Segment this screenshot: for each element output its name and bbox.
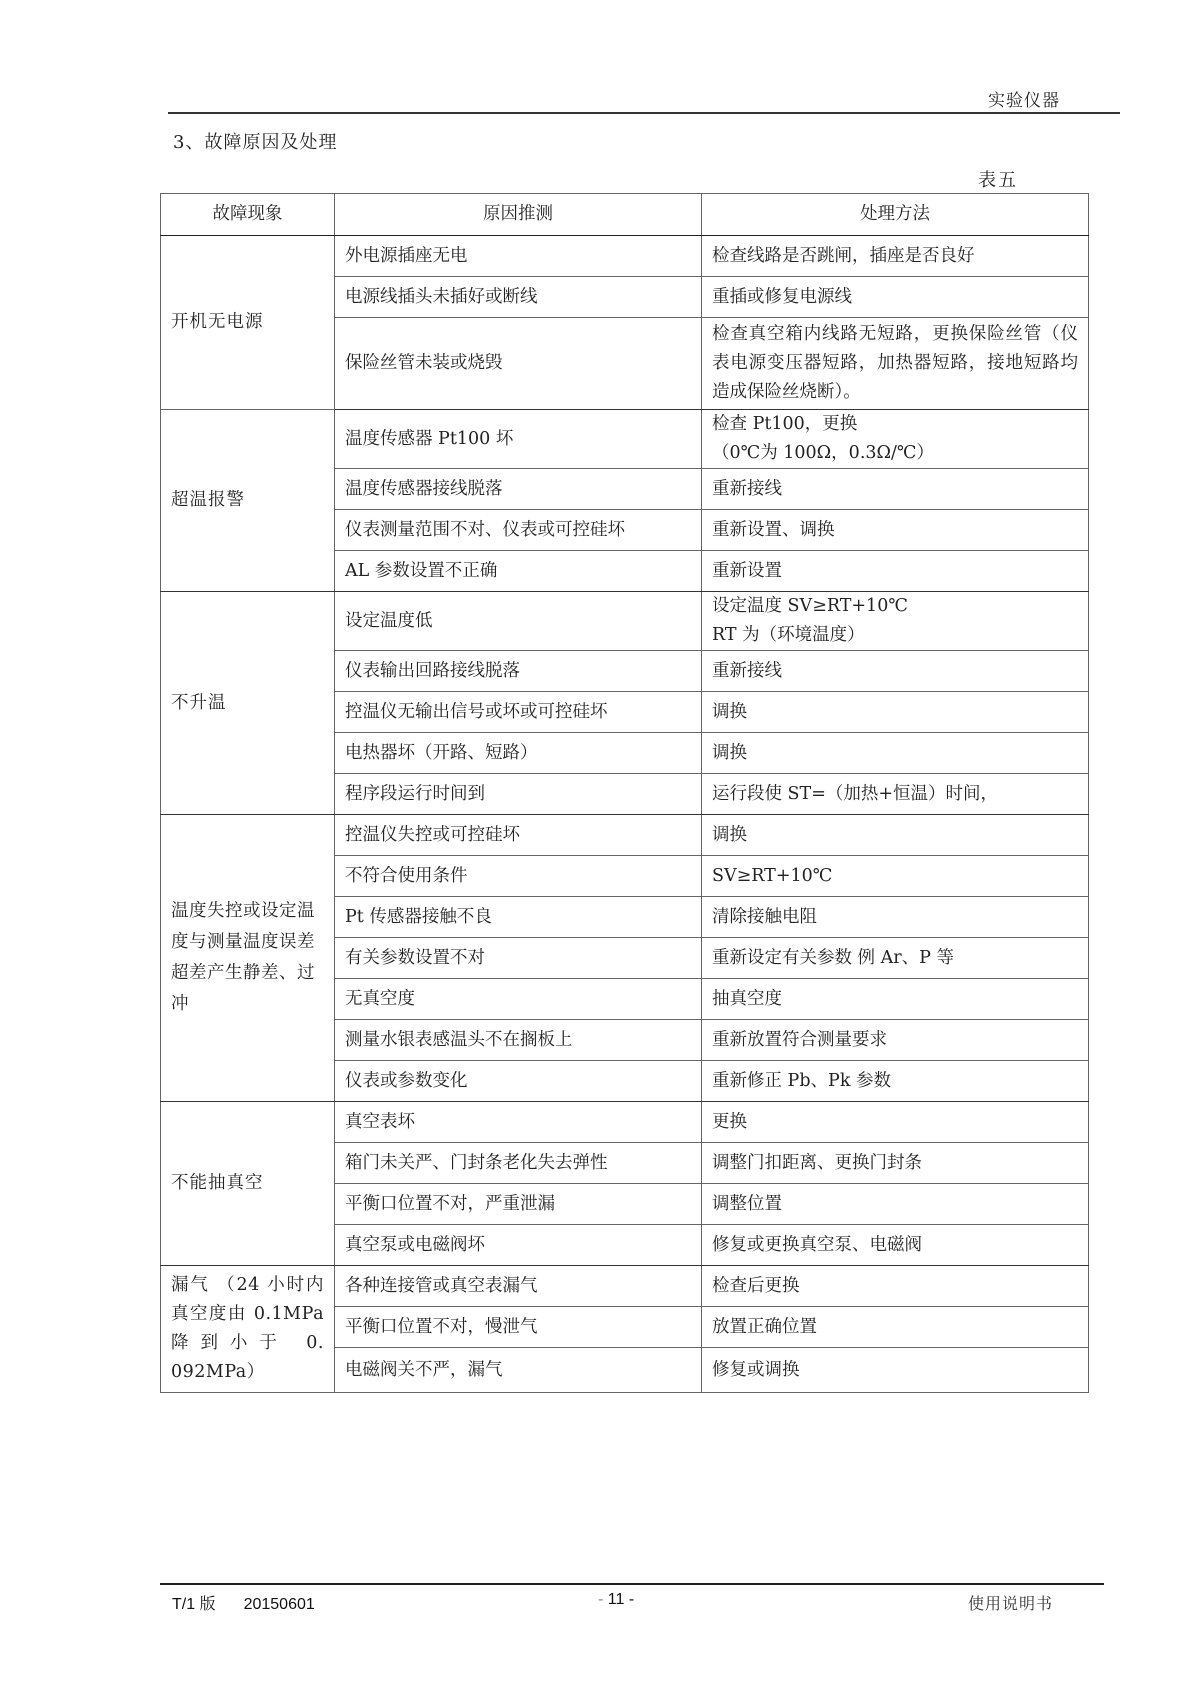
table-row: 超温报警 温度传感器 Pt100 坏 检查 Pt100，更换 （0℃为 100Ω…	[161, 410, 1089, 469]
footer-rule	[160, 1583, 1104, 1585]
cause-cell: 电热器坏（开路、短路）	[335, 733, 702, 774]
cause-cell: 设定温度低	[335, 592, 702, 651]
column-header-symptom: 故障现象	[161, 194, 335, 236]
cause-cell: 电源线插头未插好或断线	[335, 277, 702, 318]
symptom-cell: 开机无电源	[161, 236, 335, 410]
table-row: 不升温 设定温度低 设定温度 SV≥RT+10℃ RT 为（环境温度）	[161, 592, 1089, 651]
table-row: 不能抽真空 真空表坏 更换	[161, 1102, 1089, 1143]
column-header-solution: 处理方法	[702, 194, 1089, 236]
header-rule	[168, 112, 1120, 114]
solution-cell: 运行段使 ST=（加热+恒温）时间，	[702, 774, 1089, 815]
solution-cell: 重新设置	[702, 551, 1089, 592]
page-number: 11	[608, 1591, 625, 1608]
solution-cell: 重新修正 Pb、Pk 参数	[702, 1061, 1089, 1102]
solution-cell: 调换	[702, 815, 1089, 856]
solution-cell: 调整位置	[702, 1184, 1089, 1225]
solution-cell: 检查线路是否跳闸，插座是否良好	[702, 236, 1089, 277]
cause-cell: 仪表输出回路接线脱落	[335, 651, 702, 692]
solution-cell: 调换	[702, 692, 1089, 733]
solution-cell: 抽真空度	[702, 979, 1089, 1020]
cause-cell: 测量水银表感温头不在搁板上	[335, 1020, 702, 1061]
solution-cell: 检查真空箱内线路无短路，更换保险丝管（仪表电源变压器短路，加热器短路，接地短路均…	[702, 318, 1089, 410]
cause-cell: 温度传感器接线脱落	[335, 469, 702, 510]
cause-cell: 各种连接管或真空表漏气	[335, 1266, 702, 1307]
solution-line-1: 设定温度 SV≥RT+10℃	[712, 592, 1078, 621]
cause-cell: 不符合使用条件	[335, 856, 702, 897]
page-prefix: -	[598, 1591, 603, 1608]
footer-doc-type: 使用说明书	[968, 1591, 1053, 1614]
cause-cell: 平衡口位置不对，慢泄气	[335, 1307, 702, 1348]
cause-cell: 电磁阀关不严，漏气	[335, 1348, 702, 1393]
cause-cell: 仪表测量范围不对、仪表或可控硅坏	[335, 510, 702, 551]
solution-cell: 重新设定有关参数 例 Ar、P 等	[702, 938, 1089, 979]
cause-cell: 有关参数设置不对	[335, 938, 702, 979]
section-title: 3、故障原因及处理	[173, 128, 337, 154]
solution-cell: 修复或更换真空泵、电磁阀	[702, 1225, 1089, 1266]
solution-cell: 设定温度 SV≥RT+10℃ RT 为（环境温度）	[702, 592, 1089, 651]
solution-cell: 检查 Pt100，更换 （0℃为 100Ω，0.3Ω/℃）	[702, 410, 1089, 469]
cause-cell: AL 参数设置不正确	[335, 551, 702, 592]
solution-cell: 重插或修复电源线	[702, 277, 1089, 318]
cause-cell: 真空表坏	[335, 1102, 702, 1143]
solution-cell: 检查后更换	[702, 1266, 1089, 1307]
fault-table: 故障现象 原因推测 处理方法 开机无电源 外电源插座无电 检查线路是否跳闸，插座…	[160, 193, 1089, 1393]
footer-version: T/1 版	[172, 1596, 216, 1613]
solution-cell: 重新设置、调换	[702, 510, 1089, 551]
solution-cell: 重新接线	[702, 469, 1089, 510]
cause-cell: 控温仪失控或可控硅坏	[335, 815, 702, 856]
solution-line-1: 检查 Pt100，更换	[712, 410, 1078, 439]
cause-cell: 保险丝管未装或烧毁	[335, 318, 702, 410]
solution-line-2: RT 为（环境温度）	[712, 621, 1078, 650]
cause-cell: 温度传感器 Pt100 坏	[335, 410, 702, 469]
solution-cell: 重新放置符合测量要求	[702, 1020, 1089, 1061]
cause-cell: Pt 传感器接触不良	[335, 897, 702, 938]
table-header-row: 故障现象 原因推测 处理方法	[161, 194, 1089, 236]
symptom-cell: 超温报警	[161, 410, 335, 592]
column-header-cause: 原因推测	[335, 194, 702, 236]
page-suffix: -	[629, 1591, 634, 1608]
running-header-title: 实验仪器	[988, 86, 1060, 111]
footer-version-date: T/1 版20150601	[172, 1591, 315, 1614]
table-row: 漏气 （24 小时内真空度由 0.1MPa 降到小于 0. 092MPa） 各种…	[161, 1266, 1089, 1307]
solution-cell: 放置正确位置	[702, 1307, 1089, 1348]
symptom-cell: 漏气 （24 小时内真空度由 0.1MPa 降到小于 0. 092MPa）	[161, 1266, 335, 1393]
symptom-cell: 温度失控或设定温度与测量温度误差超差产生静差、过冲	[161, 815, 335, 1102]
solution-cell: 修复或调换	[702, 1348, 1089, 1393]
cause-cell: 无真空度	[335, 979, 702, 1020]
table-row: 开机无电源 外电源插座无电 检查线路是否跳闸，插座是否良好	[161, 236, 1089, 277]
solution-cell: 调换	[702, 733, 1089, 774]
solution-cell: 调整门扣距离、更换门封条	[702, 1143, 1089, 1184]
cause-cell: 程序段运行时间到	[335, 774, 702, 815]
cause-cell: 外电源插座无电	[335, 236, 702, 277]
cause-cell: 箱门未关严、门封条老化失去弹性	[335, 1143, 702, 1184]
cause-cell: 控温仪无输出信号或坏或可控硅坏	[335, 692, 702, 733]
solution-cell: 更换	[702, 1102, 1089, 1143]
symptom-cell: 不能抽真空	[161, 1102, 335, 1266]
footer-page-number: - 11 -	[598, 1591, 634, 1609]
table-row: 温度失控或设定温度与测量温度误差超差产生静差、过冲 控温仪失控或可控硅坏 调换	[161, 815, 1089, 856]
cause-cell: 仪表或参数变化	[335, 1061, 702, 1102]
cause-cell: 平衡口位置不对，严重泄漏	[335, 1184, 702, 1225]
symptom-cell: 不升温	[161, 592, 335, 815]
table-caption: 表五	[978, 166, 1018, 192]
footer-date: 20150601	[244, 1596, 315, 1613]
solution-cell: SV≥RT+10℃	[702, 856, 1089, 897]
cause-cell: 真空泵或电磁阀坏	[335, 1225, 702, 1266]
solution-cell: 重新接线	[702, 651, 1089, 692]
solution-cell: 清除接触电阻	[702, 897, 1089, 938]
solution-line-2: （0℃为 100Ω，0.3Ω/℃）	[712, 439, 1078, 468]
